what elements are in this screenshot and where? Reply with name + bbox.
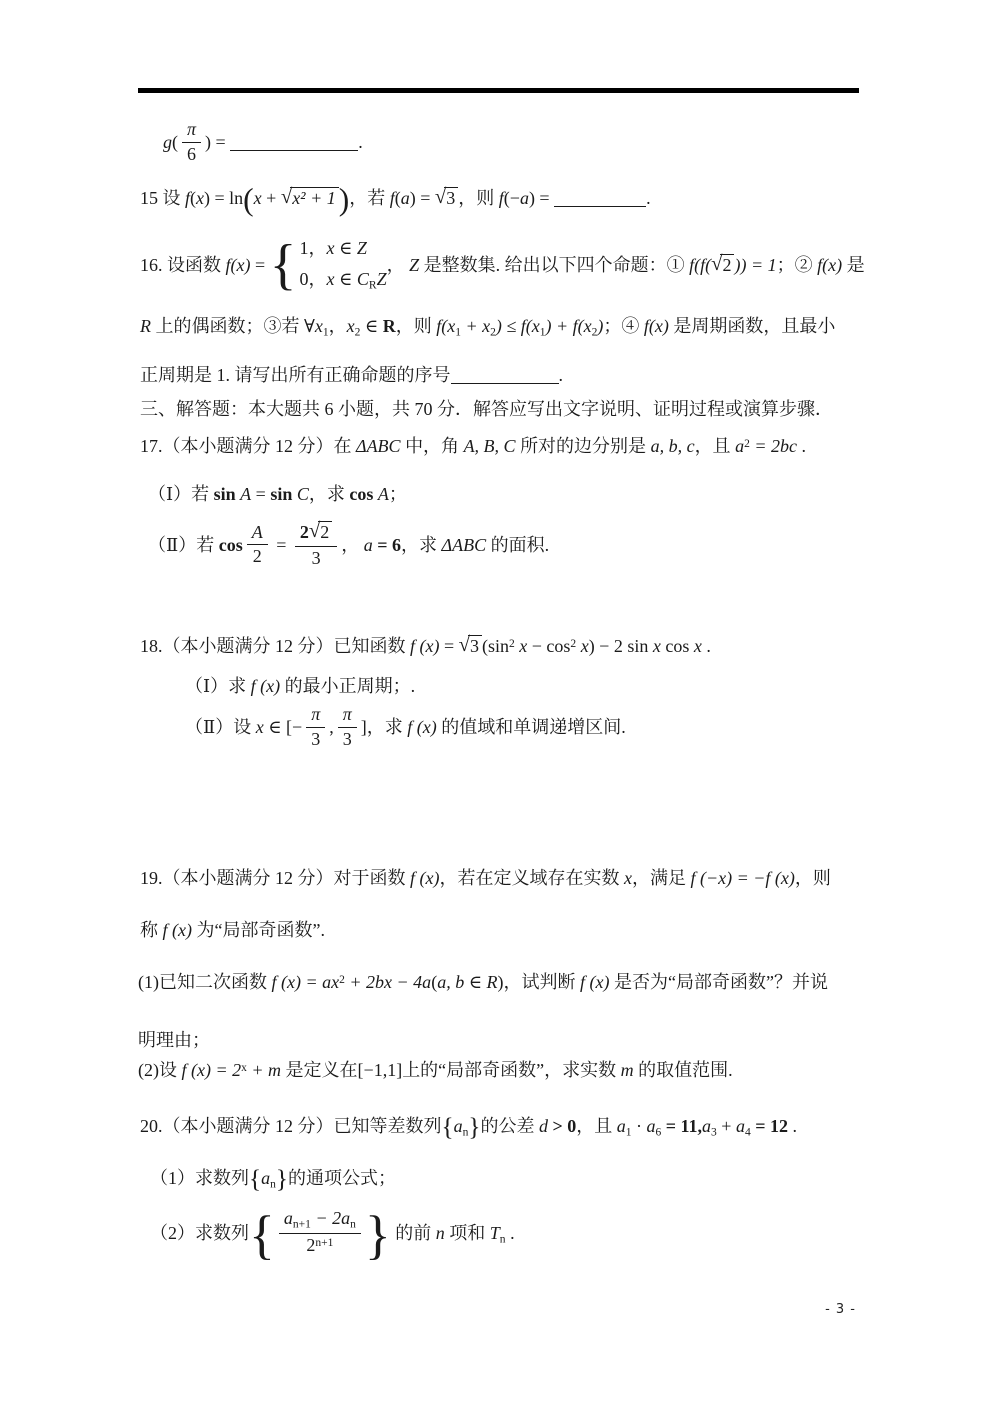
text-run: ；④: [603, 316, 644, 336]
numerator: A: [247, 522, 268, 546]
text-run: a: [364, 535, 373, 555]
text-run: = 12: [751, 1116, 788, 1136]
piecewise-row: 0，x ∈ CRZ: [300, 267, 387, 294]
problem-20-head: 20.（本小题满分 12 分）已知等差数列{an}的公差 d > 0，且 a1 …: [140, 1114, 797, 1141]
text-run: f (x): [410, 636, 439, 656]
text-run: cos: [661, 636, 694, 656]
problem-18-part-1: （Ⅰ）求 f (x) 的最小正周期；.: [185, 674, 415, 699]
text-run: A: [240, 484, 251, 504]
text-run: {: [249, 1204, 275, 1264]
text-run: ) ≤ f(x: [496, 316, 540, 336]
problem-19-part-1-line-2: 明理由；: [138, 1028, 210, 1053]
text-run: 的取值范围.: [634, 1060, 733, 1080]
text-run: f (x) = ax: [272, 972, 340, 992]
text-run: C: [357, 269, 369, 289]
problem-17-part-2: （Ⅱ）若 cosA2 = 2√23， a = 6，求 ΔABC 的面积.: [148, 522, 549, 571]
answer-blank: [554, 191, 646, 207]
text-run: (2)设: [138, 1060, 182, 1080]
text-run: a: [520, 188, 529, 208]
text-run: ；②: [777, 255, 818, 275]
text-run: 中，角: [401, 436, 464, 456]
text-run-group: 称 f (x) 为“局部奇函数”.: [140, 920, 325, 940]
text-run: x: [653, 636, 661, 656]
text-run-group: )，若 f(a) =: [339, 188, 435, 208]
text-run-group: （Ⅰ）若 sin A = sin C，求 cos A；: [148, 484, 407, 504]
text-run: +: [717, 1116, 736, 1136]
text-run: （1）求数列: [150, 1168, 249, 1188]
text-run: Z: [409, 255, 419, 275]
text-run-group: 15 设 f(x) = ln(x +: [140, 188, 281, 208]
sqrt-radical: √3: [435, 184, 458, 213]
text-run: ，则: [458, 188, 499, 208]
text-run: ) − 2 sin: [589, 636, 653, 656]
text-run: 是: [842, 255, 865, 275]
problem-16-line-2: R 上的偶函数；③若 ∀x1，x2 ∈ R，则 f(x1 + x2) ≤ f(x…: [140, 314, 835, 341]
text-run: A, B, C: [464, 436, 516, 456]
piecewise-function: {1，x ∈ Z0，x ∈ CRZ: [270, 236, 387, 294]
text-run: 上的“局部奇函数”，求实数: [402, 1060, 620, 1080]
text-run: a: [261, 1168, 270, 1188]
text-run: (: [172, 132, 178, 152]
text-run: .: [358, 132, 363, 152]
text-run: 所对的边分别是: [516, 436, 651, 456]
page-number: - 3 -: [0, 1302, 856, 1317]
text-run: }: [365, 1204, 391, 1264]
text-run-group: （Ⅱ）设 x ∈ [−: [185, 717, 302, 737]
text-run: (−: [504, 188, 520, 208]
sqrt-radical: √x² + 1: [281, 184, 339, 213]
text-run: 的公差: [480, 1116, 539, 1136]
text-run: x: [254, 188, 262, 208]
text-run-group: ， Z 是整数集. 给出以下四个命题：① f(f(: [387, 255, 712, 275]
text-run: ，且: [576, 1116, 617, 1136]
text-run: Z: [377, 269, 387, 289]
text-run: 是整数集. 给出以下四个命题：①: [419, 255, 689, 275]
text-run: 1，: [300, 238, 327, 258]
text-run: ，求: [309, 484, 350, 504]
text-run: ) =: [410, 188, 435, 208]
text-run: ，若: [349, 188, 390, 208]
text-run: ) =: [205, 132, 230, 152]
text-run: ，则: [396, 316, 437, 336]
text-run: f (x): [580, 972, 609, 992]
radicand: 2: [318, 521, 332, 544]
text-run: f(x): [226, 255, 251, 275]
text-run: (: [243, 182, 254, 217]
text-run: + 2bx − 4a: [345, 972, 431, 992]
text-run: 正周期是 1. 请写出所有正确命题的序号: [140, 365, 451, 385]
text-run: cos: [219, 535, 243, 555]
text-run-group: )) = 1；② f(x) 是: [734, 255, 864, 275]
text-run-group: g(: [163, 132, 178, 152]
answer-blank: [230, 135, 358, 151]
denominator: 3: [295, 547, 337, 570]
text-run: a: [454, 1116, 463, 1136]
text-run: ·: [631, 1116, 646, 1136]
text-run: ，则: [795, 868, 831, 888]
text-run: 为“局部奇函数”.: [192, 920, 325, 940]
text-run: ；: [389, 484, 407, 504]
denominator: 6: [182, 143, 201, 166]
problem-18-part-2: （Ⅱ）设 x ∈ [−π3,π3]，求 f (x) 的值域和单调递增区间.: [185, 706, 626, 752]
text-run: a, b, c: [651, 436, 695, 456]
text-run: .: [646, 188, 651, 208]
text-run: 三、解答题：本大题共 6 小题，共 70 分．解答应写出文字说明、证明过程或演算…: [140, 399, 833, 419]
radical-sign-icon: √: [309, 519, 320, 544]
header-rule: [138, 88, 859, 93]
text-run: x: [347, 316, 355, 336]
text-run: ∈ [−: [264, 717, 302, 737]
denominator: 2n+1: [279, 1234, 361, 1257]
text-run: d: [539, 1116, 548, 1136]
text-run: 17.（本小题满分 12 分）在: [140, 436, 356, 456]
denominator: 2: [247, 545, 268, 568]
text-run: [−1,1]: [358, 1060, 403, 1080]
radicand: 3: [468, 635, 482, 658]
text-run: ): [339, 182, 350, 217]
text-run: 的最小正周期；.: [280, 676, 415, 696]
radical-sign-icon: √: [281, 183, 292, 212]
text-run-group: ，则 f(−a) =: [458, 188, 554, 208]
text-run-group: 明理由；: [138, 1030, 210, 1050]
exam-page: g(π6) = . 15 设 f(x) = ln(x + √x² + 1)，若 …: [0, 0, 992, 1403]
text-run: ，且: [695, 436, 736, 456]
problem-16-line-1: 16. 设函数 f(x) = {1，x ∈ Z0，x ∈ CRZ， Z 是整数集…: [140, 238, 865, 296]
text-run: ΔABC: [442, 535, 487, 555]
text-run: = 2bc: [750, 436, 797, 456]
text-run: T: [490, 1223, 500, 1243]
text-run: f (x): [407, 717, 436, 737]
text-run-group: 正周期是 1. 请写出所有正确命题的序号: [140, 365, 451, 385]
radicand: x² + 1: [290, 187, 339, 210]
text-run: a: [401, 188, 410, 208]
text-run: （2）求数列: [150, 1223, 249, 1243]
text-run: )) = 1: [734, 255, 776, 275]
text-run-group: R 上的偶函数；③若 ∀x1，x2 ∈ R，则 f(x1 + x2) ≤ f(x…: [140, 316, 835, 336]
radical-sign-icon: √: [711, 250, 722, 279]
text-run-group: 19.（本小题满分 12 分）对于函数 f (x)，若在定义域存在实数 x，满足…: [140, 868, 831, 888]
text-run: }: [276, 1166, 288, 1193]
text-run: （Ⅰ）若: [148, 484, 214, 504]
text-run-group: ， a = 6，求 ΔABC 的面积.: [341, 535, 549, 555]
text-run: f(x): [644, 316, 669, 336]
problem-19-line-1: 19.（本小题满分 12 分）对于函数 f (x)，若在定义域存在实数 x，满足…: [140, 866, 831, 891]
text-run: + m: [247, 1060, 281, 1080]
text-run: 上的偶函数；③若: [151, 316, 304, 336]
text-run: R: [140, 316, 151, 336]
text-run-group: 三、解答题：本大题共 6 小题，共 70 分．解答应写出文字说明、证明过程或演算…: [140, 399, 833, 419]
script-text: R: [369, 280, 377, 292]
text-run: a: [617, 1116, 626, 1136]
text-run: sin: [214, 484, 241, 504]
text-run: A: [378, 484, 389, 504]
text-run: (sin: [482, 636, 509, 656]
text-run: 明理由；: [138, 1030, 210, 1050]
text-run: 19.（本小题满分 12 分）对于函数: [140, 868, 410, 888]
text-run: =: [272, 535, 291, 555]
text-run: x: [315, 316, 323, 336]
text-run: 的前: [391, 1223, 436, 1243]
text-run: > 0: [548, 1116, 576, 1136]
text-run-group: (sin2 x − cos2 x) − 2 sin x cos x .: [482, 636, 711, 656]
text-run: .: [506, 1223, 515, 1243]
formula-g-line: g(π6) = .: [163, 121, 363, 167]
text-run: （Ⅰ）求: [185, 676, 251, 696]
text-run: ∈: [335, 269, 357, 289]
text-run-group: ) =: [205, 132, 230, 152]
answer-blank: [451, 368, 559, 384]
sqrt-radical: √2: [711, 251, 734, 280]
fraction: π3: [338, 704, 357, 750]
text-run: f (x): [410, 868, 439, 888]
script-text: n+1: [293, 1218, 311, 1230]
text-run: .: [559, 365, 564, 385]
text-run-group: (2)设 f (x) = 2x + m 是定义在[−1,1]上的“局部奇函数”，…: [138, 1060, 733, 1080]
fraction: an+1 − 2an2n+1: [279, 1208, 361, 1257]
problem-15: 15 设 f(x) = ln(x + √x² + 1)，若 f(a) = √3，…: [140, 184, 651, 213]
piecewise-row: 1，x ∈ Z: [300, 236, 387, 261]
text-run: 称: [140, 920, 163, 940]
text-run: .: [788, 1116, 797, 1136]
text-run-group: .: [358, 132, 363, 152]
coefficient: 2: [300, 522, 309, 542]
text-run: x: [576, 636, 589, 656]
text-run: ，: [387, 255, 410, 275]
text-run: 16. 设函数: [140, 255, 226, 275]
problem-17-part-1: （Ⅰ）若 sin A = sin C，求 cos A；: [148, 482, 407, 507]
text-run: =: [251, 484, 270, 504]
text-run: 是否为“局部奇函数”？并说: [610, 972, 828, 992]
numerator: 2√2: [295, 520, 337, 547]
text-run: ) =: [529, 188, 554, 208]
text-run-group: (1)已知二次函数 f (x) = ax2 + 2bx − 4a(a, b ∈ …: [138, 972, 828, 992]
text-run: 项和: [445, 1223, 490, 1243]
text-run-group: ,: [329, 717, 334, 737]
text-run: x: [196, 188, 204, 208]
text-run: ，: [341, 535, 364, 555]
text-run: x: [327, 269, 335, 289]
text-run: − 2a: [311, 1208, 350, 1228]
numerator: π: [338, 704, 357, 728]
piecewise-rows: 1，x ∈ Z0，x ∈ CRZ: [300, 236, 387, 294]
text-run-group: =: [272, 535, 291, 555]
text-run: 15 设: [140, 188, 185, 208]
text-run: ，求: [401, 535, 442, 555]
text-run: a, b: [437, 972, 464, 992]
problem-19-part-2: (2)设 f (x) = 2x + m 是定义在[−1,1]上的“局部奇函数”，…: [138, 1058, 733, 1083]
radical-sign-icon: √: [459, 631, 470, 660]
problem-20-part-2: （2）求数列{an+1 − 2an2n+1} 的前 n 项和 Tn .: [150, 1210, 515, 1259]
text-run-group: （1）求数列{an}的通项公式；: [150, 1168, 396, 1188]
text-run: ) + f(x: [546, 316, 592, 336]
text-run: =: [439, 636, 458, 656]
text-run: ，: [329, 316, 347, 336]
denominator: 3: [306, 728, 325, 751]
problem-19-line-2: 称 f (x) 为“局部奇函数”.: [140, 918, 325, 943]
text-run: 的面积.: [486, 535, 549, 555]
text-run: （Ⅱ）设: [185, 717, 256, 737]
text-run-group: 17.（本小题满分 12 分）在 ΔABC 中，角 A, B, C 所对的边分别…: [140, 436, 806, 456]
numerator: π: [306, 704, 325, 728]
problem-18-head: 18.（本小题满分 12 分）已知函数 f (x) = √3(sin2 x − …: [140, 632, 711, 661]
sqrt-radical: √3: [459, 632, 482, 661]
text-run: {: [442, 1114, 454, 1141]
text-run: }: [468, 1114, 480, 1141]
text-run: 是周期函数，且最小: [669, 316, 836, 336]
fraction: A2: [247, 522, 268, 568]
text-run: ) = ln: [204, 188, 243, 208]
text-run: 的通项公式；: [288, 1168, 396, 1188]
text-run: f(x): [817, 255, 842, 275]
numerator: π: [182, 119, 201, 143]
text-run: x: [624, 868, 632, 888]
text-run: Z: [357, 238, 367, 258]
text-run: R: [383, 316, 396, 336]
text-run: ∀: [304, 316, 315, 336]
text-run: a: [702, 1116, 711, 1136]
text-run: − cos: [527, 636, 570, 656]
script-text: n: [350, 1218, 356, 1230]
text-run: .: [702, 636, 711, 656]
problem-19-part-1-line-1: (1)已知二次函数 f (x) = ax2 + 2bx − 4a(a, b ∈ …: [138, 970, 828, 995]
text-run: ，若在定义域存在实数: [439, 868, 624, 888]
text-run: 0，: [300, 269, 327, 289]
text-run-group: 20.（本小题满分 12 分）已知等差数列{an}的公差 d > 0，且 a1 …: [140, 1116, 797, 1136]
text-run: f (x) = 2: [182, 1060, 242, 1080]
text-run: = 6: [373, 535, 401, 555]
text-run-group: （2）求数列{: [150, 1223, 275, 1243]
text-run: a: [735, 436, 744, 456]
text-run-group: ]，求 f (x) 的值域和单调递增区间.: [361, 717, 626, 737]
text-run: ∈: [335, 238, 357, 258]
section-3-heading: 三、解答题：本大题共 6 小题，共 70 分．解答应写出文字说明、证明过程或演算…: [140, 397, 833, 422]
text-run-group: 18.（本小题满分 12 分）已知函数 f (x) =: [140, 636, 459, 656]
text-run: 的值域和单调递增区间.: [437, 717, 626, 737]
text-run: x: [694, 636, 702, 656]
text-run: n: [436, 1223, 445, 1243]
text-run: +: [262, 188, 281, 208]
text-run: = 11,: [661, 1116, 702, 1136]
text-run: f (−x) = −f (x): [690, 868, 794, 888]
text-run-group: 16. 设函数 f(x) =: [140, 255, 270, 275]
fraction: 2√23: [295, 520, 337, 569]
text-run: ∈: [360, 316, 382, 336]
text-run: x: [327, 238, 335, 258]
text-run: m: [621, 1060, 634, 1080]
text-run: x: [515, 636, 528, 656]
text-run: + x: [461, 316, 490, 336]
problem-20-part-1: （1）求数列{an}的通项公式；: [150, 1166, 396, 1193]
text-run: ∈: [464, 972, 486, 992]
text-run-group: .: [559, 365, 564, 385]
text-run: ΔABC: [356, 436, 401, 456]
text-run: f (x): [251, 676, 280, 696]
problem-17-head: 17.（本小题满分 12 分）在 ΔABC 中，角 A, B, C 所对的边分别…: [140, 434, 806, 459]
text-run: g: [163, 132, 172, 152]
text-run: a: [736, 1116, 745, 1136]
text-run: a: [284, 1208, 293, 1228]
text-run: （Ⅱ）若: [148, 535, 219, 555]
text-run: ,: [329, 717, 334, 737]
radicand: 2: [720, 254, 734, 277]
text-run-group: .: [646, 188, 651, 208]
fraction: π3: [306, 704, 325, 750]
text-run: (1)已知二次函数: [138, 972, 272, 992]
radicand: 3: [444, 187, 458, 210]
text-run: f(x: [436, 316, 455, 336]
script-text: n+1: [315, 1237, 333, 1249]
sqrt-radical: √2: [309, 520, 332, 545]
numerator: an+1 − 2an: [279, 1208, 361, 1234]
text-run: =: [250, 255, 269, 275]
text-run: f (x): [163, 920, 192, 940]
denominator: 3: [338, 728, 357, 751]
text-run: R: [487, 972, 498, 992]
text-run: 18.（本小题满分 12 分）已知函数: [140, 636, 410, 656]
text-run: 20.（本小题满分 12 分）已知等差数列: [140, 1116, 442, 1136]
text-run: sin: [270, 484, 297, 504]
text-run: ，试判断: [504, 972, 581, 992]
fraction: π6: [182, 119, 201, 165]
text-run: cos: [349, 484, 378, 504]
text-run-group: （Ⅰ）求 f (x) 的最小正周期；.: [185, 676, 415, 696]
text-run-group: （Ⅱ）若 cos: [148, 535, 243, 555]
text-run: 是定义在: [281, 1060, 358, 1080]
text-run: .: [797, 436, 806, 456]
text-run: ，满足: [632, 868, 691, 888]
text-run: x: [256, 717, 264, 737]
text-run: f(f(: [689, 255, 711, 275]
problem-16-line-3: 正周期是 1. 请写出所有正确命题的序号.: [140, 363, 563, 388]
radical-sign-icon: √: [435, 183, 446, 212]
text-run: {: [249, 1166, 261, 1193]
text-run-group: } 的前 n 项和 Tn .: [365, 1223, 515, 1243]
text-run: ，求: [367, 717, 408, 737]
text-run: C: [297, 484, 309, 504]
